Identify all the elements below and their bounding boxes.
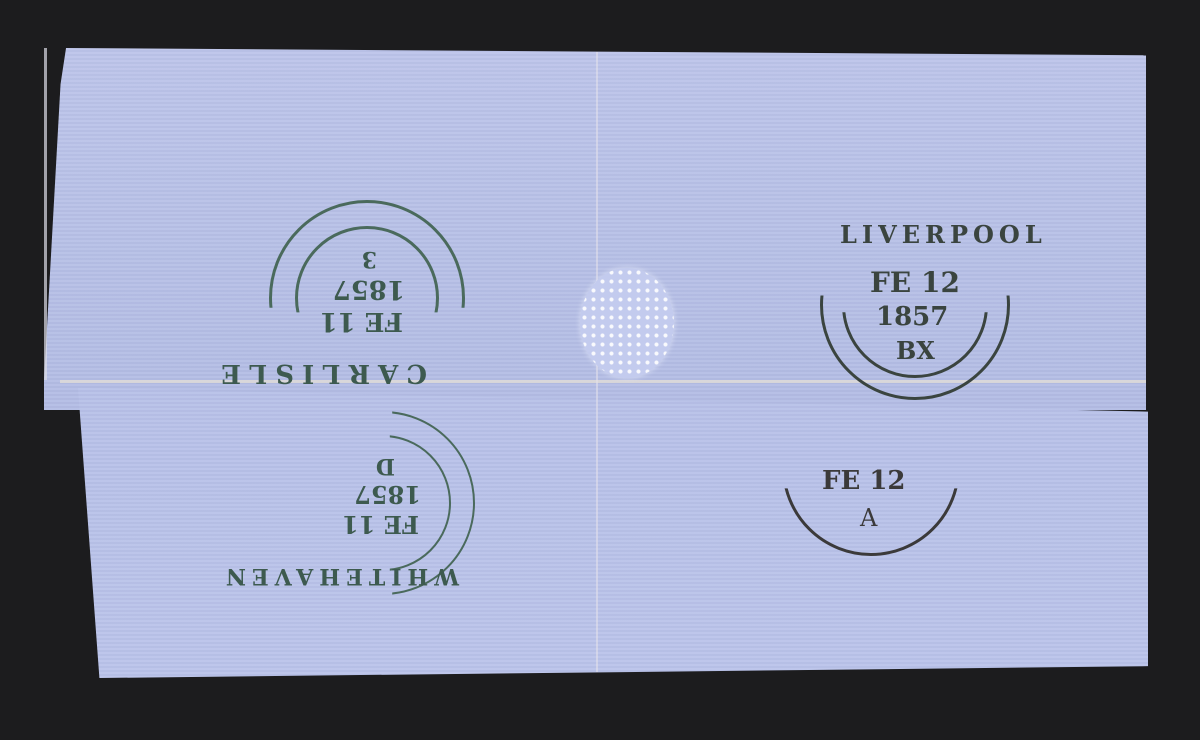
postmark-year: 1857 bbox=[333, 274, 405, 304]
postmark-whitehaven: WHITEHAVEN FE 11 1857 D bbox=[285, 405, 475, 595]
postmark-code: BX bbox=[896, 336, 935, 365]
postmark-code: A bbox=[860, 504, 877, 532]
postmark-arrival: FE 12 A bbox=[782, 458, 960, 558]
postmark-year: 1857 bbox=[876, 302, 948, 332]
postmark-town: CARLISLE bbox=[213, 358, 427, 388]
postmark-liverpool: LIVERPOOL FE 12 1857 BX bbox=[820, 210, 1012, 400]
postmark-code: 3 bbox=[362, 246, 377, 272]
postmark-date: FE 12 bbox=[822, 466, 906, 496]
left-fold-edge bbox=[44, 48, 47, 380]
wafer-seal bbox=[580, 268, 674, 378]
postmark-date: FE 11 bbox=[342, 510, 419, 539]
postmark-town: WHITEHAVEN bbox=[220, 563, 459, 589]
postmark-town: LIVERPOOL bbox=[840, 220, 1047, 249]
postmark-date: FE 12 bbox=[870, 266, 960, 299]
postmark-carlisle: CARLISLE FE 11 1857 3 bbox=[265, 196, 465, 396]
postmark-date: FE 11 bbox=[319, 306, 403, 336]
letter-lower-flap bbox=[78, 382, 1148, 678]
postmark-code: D bbox=[376, 453, 395, 479]
postmark-year: 1857 bbox=[354, 480, 421, 509]
